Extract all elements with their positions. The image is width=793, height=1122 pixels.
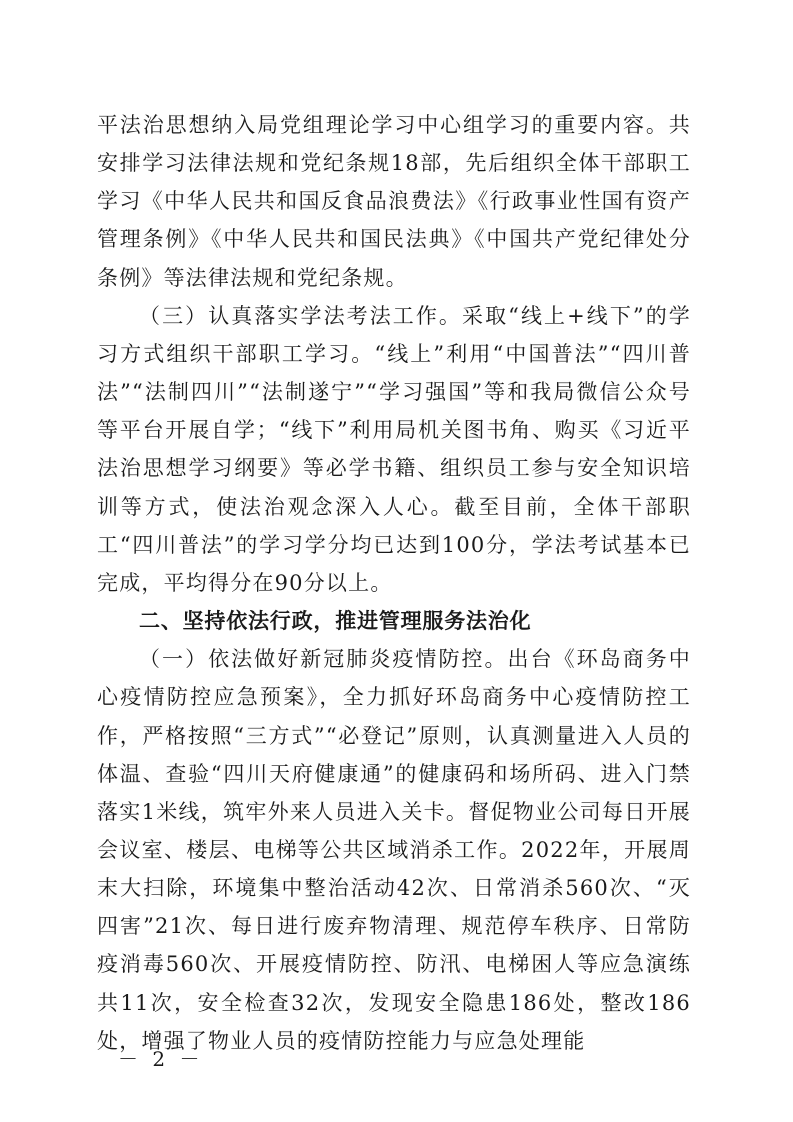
paragraph-continuation: 平法治思想纳入局党组理论学习中心组学习的重要内容。共安排学习法律法规和党纪条规1… [97, 106, 691, 297]
document-body: 平法治思想纳入局党组理论学习中心组学习的重要内容。共安排学习法律法规和党纪条规1… [97, 106, 691, 1060]
paragraph-study-law-exam: （三）认真落实学法考法工作。采取“线上+线下”的学习方式组织干部职工学习。“线上… [97, 297, 691, 602]
section-heading: 二、坚持依法行政，推进管理服务法治化 [97, 602, 691, 640]
paragraph-epidemic-prevention: （一）依法做好新冠肺炎疫情防控。出台《环岛商务中心疫情防控应急预案》，全力抓好环… [97, 640, 691, 1060]
document-page: 平法治思想纳入局党组理论学习中心组学习的重要内容。共安排学习法律法规和党纪条规1… [0, 0, 793, 1122]
page-number: － 2 － [118, 1043, 203, 1072]
